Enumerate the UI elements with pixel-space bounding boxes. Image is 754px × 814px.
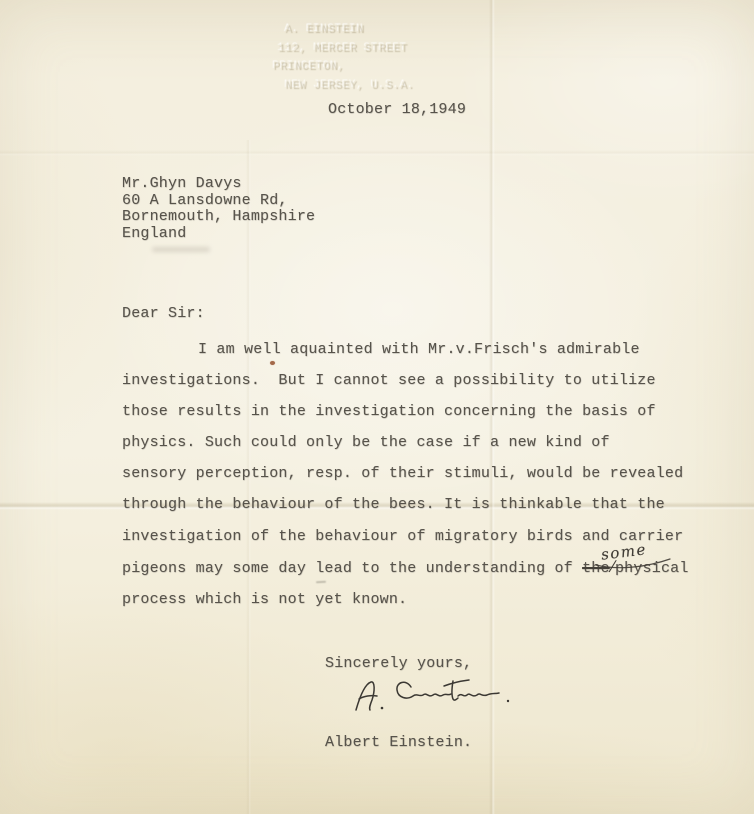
embossed-letterhead: A. EINSTEIN 112, MERCER STREET PRINCETON… bbox=[273, 21, 415, 95]
letterhead-state: NEW JERSEY, U.S.A. bbox=[285, 77, 415, 96]
letterhead-name: A. EINSTEIN bbox=[285, 21, 415, 40]
typed-name: Albert Einstein. bbox=[325, 734, 472, 751]
letter-page: A. EINSTEIN 112, MERCER STREET PRINCETON… bbox=[0, 0, 754, 814]
letter-body: I am well aquainted with Mr.v.Frisch's a… bbox=[122, 334, 702, 615]
signature-scrawl bbox=[348, 674, 518, 720]
body-line-9: process which is not yet known. bbox=[122, 584, 702, 615]
recipient-name: Mr.Ghyn Davys bbox=[122, 176, 315, 193]
insertion-flourish bbox=[594, 556, 674, 570]
body-line-1: I am well aquainted with Mr.v.Frisch's a… bbox=[122, 334, 702, 365]
edited-line-before: pigeons may some day lead to the underst… bbox=[122, 560, 582, 577]
recipient-address: Mr.Ghyn Davys 60 A Lansdowne Rd, Bornemo… bbox=[122, 176, 315, 242]
recipient-country: England bbox=[122, 226, 315, 243]
recipient-city: Bornemouth, Hampshire bbox=[122, 209, 315, 226]
recipient-street: 60 A Lansdowne Rd, bbox=[122, 193, 315, 210]
ink-smudge bbox=[152, 247, 210, 252]
body-line-2: investigations. But I cannot see a possi… bbox=[122, 365, 702, 396]
salutation: Dear Sir: bbox=[122, 305, 205, 322]
body-line-3: those results in the investigation conce… bbox=[122, 396, 702, 427]
body-line-6: through the behaviour of the bees. It is… bbox=[122, 489, 702, 520]
body-line-4: physics. Such could only be the case if … bbox=[122, 427, 702, 458]
date-line: October 18,1949 bbox=[328, 101, 466, 118]
closing: Sincerely yours, bbox=[325, 655, 472, 672]
body-line-5: sensory perception, resp. of their stimu… bbox=[122, 458, 702, 489]
letterhead-street: 112, MERCER STREET bbox=[278, 40, 415, 59]
letterhead-city: PRINCETON, bbox=[273, 58, 415, 77]
fold-crease-horizontal-faint bbox=[0, 150, 754, 156]
